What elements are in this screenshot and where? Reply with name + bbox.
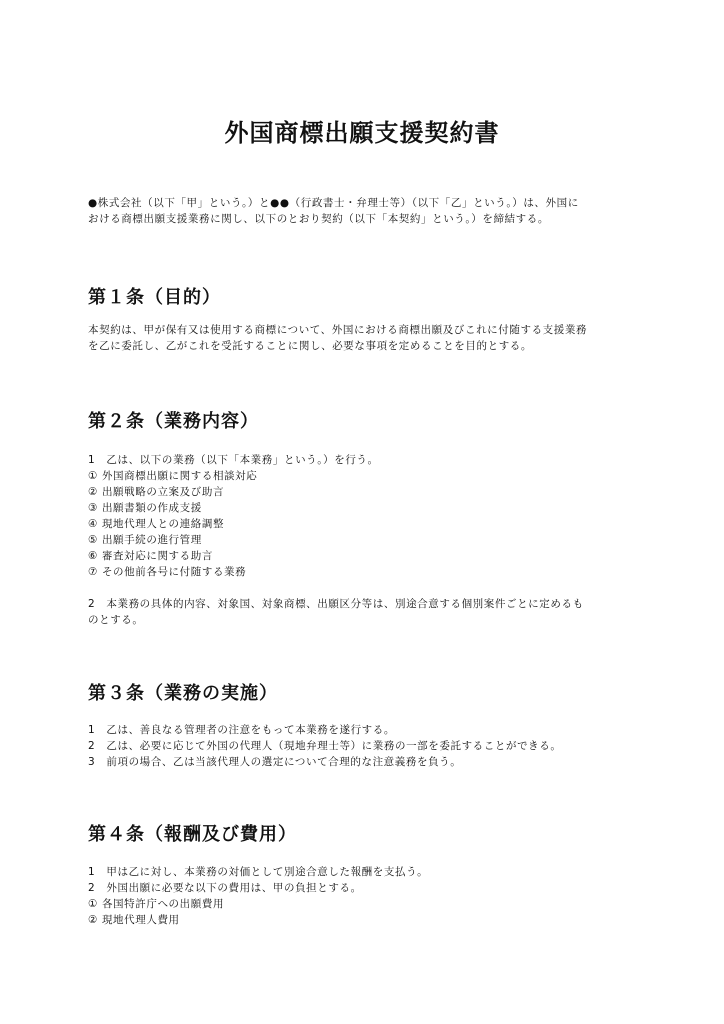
article-1-line: を乙に委託し、乙がこれを受託することに関し、必要な事項を定めることを目的とする。: [88, 338, 648, 354]
article-1-body: 本契約は、甲が保有又は使用する商標について、外国における商標出願及びこれに付随す…: [88, 322, 648, 354]
article-2-body: 1 乙は、以下の業務（以下「本業務」という。）を行う。 ① 外国商標出願に関する…: [88, 452, 648, 580]
article-2-item: ⑤ 出願手続の進行管理: [88, 532, 648, 548]
article-2-item: ④ 現地代理人との連絡調整: [88, 516, 648, 532]
intro-line: おける商標出願支援業務に関し、以下のとおり契約（以下「本契約」という。）を締結す…: [88, 211, 648, 227]
article-2-item: ⑥ 審査対応に関する助言: [88, 548, 648, 564]
article-3-body: 1 乙は、善良なる管理者の注意をもって本業務を遂行する。 2 乙は、必要に応じて…: [88, 722, 648, 770]
intro-line: ●株式会社（以下「甲」という。）と●●（行政書士・弁理士等）（以下「乙」という。…: [88, 195, 648, 211]
article-2-line: のとする。: [88, 612, 648, 628]
article-4-line: 2 外国出願に必要な以下の費用は、甲の負担とする。: [88, 880, 648, 896]
article-3-line: 1 乙は、善良なる管理者の注意をもって本業務を遂行する。: [88, 722, 648, 738]
article-3-heading: 第３条（業務の実施）: [88, 682, 278, 706]
article-2-line: 2 本業務の具体的内容、対象国、対象商標、出願区分等は、別途合意する個別案件ごと…: [88, 596, 648, 612]
article-2-clause-2: 2 本業務の具体的内容、対象国、対象商標、出願区分等は、別途合意する個別案件ごと…: [88, 596, 648, 628]
article-2-item: ③ 出願書類の作成支援: [88, 500, 648, 516]
article-2-line: 1 乙は、以下の業務（以下「本業務」という。）を行う。: [88, 452, 648, 468]
document-title: 外国商標出願支援契約書: [0, 118, 724, 148]
document-page: 外国商標出願支援契約書 ●株式会社（以下「甲」という。）と●●（行政書士・弁理士…: [0, 0, 724, 1024]
article-2-item: ② 出願戦略の立案及び助言: [88, 484, 648, 500]
article-2-heading: 第２条（業務内容）: [88, 410, 259, 434]
intro-paragraph: ●株式会社（以下「甲」という。）と●●（行政書士・弁理士等）（以下「乙」という。…: [88, 195, 648, 227]
article-2-item: ⑦ その他前各号に付随する業務: [88, 564, 648, 580]
article-3-line: 2 乙は、必要に応じて外国の代理人（現地弁理士等）に業務の一部を委託することがで…: [88, 738, 648, 754]
article-4-item: ① 各国特許庁への出願費用: [88, 896, 648, 912]
article-4-line: 1 甲は乙に対し、本業務の対価として別途合意した報酬を支払う。: [88, 864, 648, 880]
article-3-line: 3 前項の場合、乙は当該代理人の選定について合理的な注意義務を負う。: [88, 754, 648, 770]
article-4-item: ② 現地代理人費用: [88, 912, 648, 928]
article-2-item: ① 外国商標出願に関する相談対応: [88, 468, 648, 484]
article-4-heading: 第４条（報酬及び費用）: [88, 823, 297, 847]
article-1-line: 本契約は、甲が保有又は使用する商標について、外国における商標出願及びこれに付随す…: [88, 322, 648, 338]
article-4-body: 1 甲は乙に対し、本業務の対価として別途合意した報酬を支払う。 2 外国出願に必…: [88, 864, 648, 928]
article-1-heading: 第１条（目的）: [88, 286, 221, 310]
